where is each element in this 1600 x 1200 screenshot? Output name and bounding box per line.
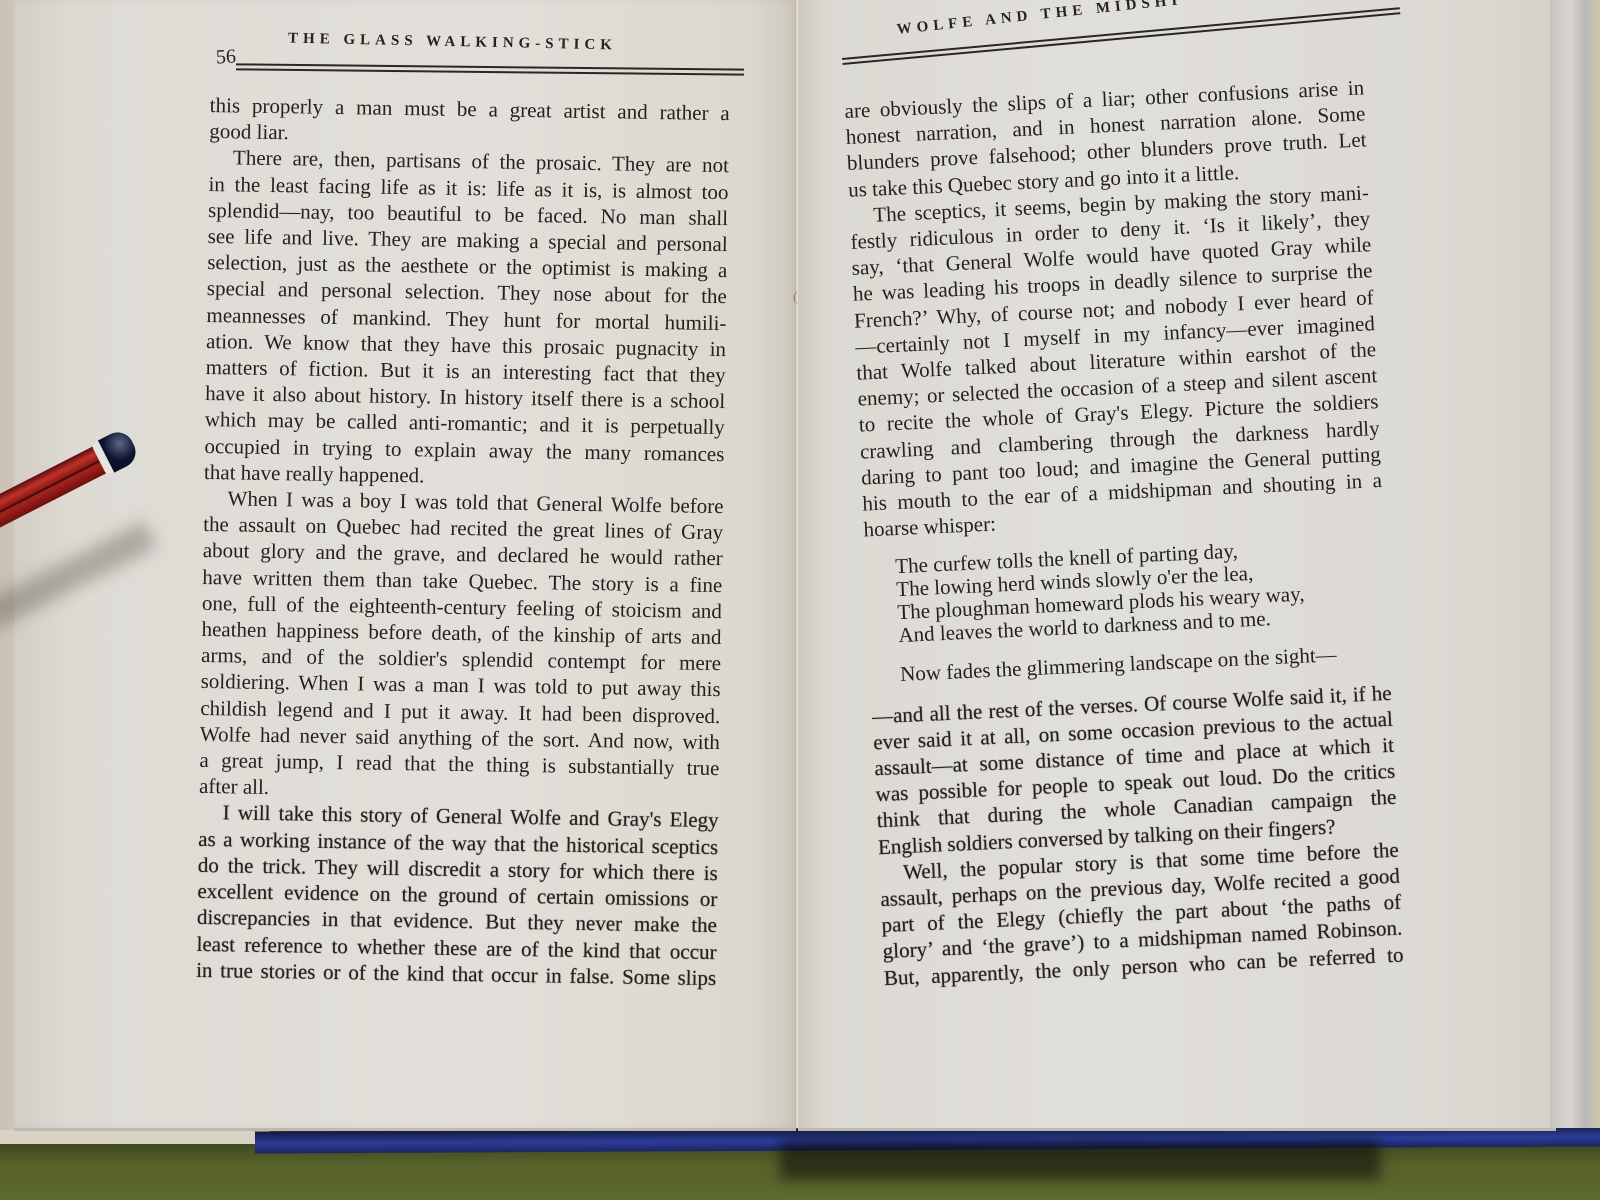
left-page-body: this properly a man must be a great arti… [196,92,730,991]
gutter-mark: ( [793,290,798,306]
running-head-left: THE GLASS WALKING-STICK [288,31,617,55]
page-number: 56 [215,45,236,69]
header-rule-right [842,7,1400,65]
header-rule-left [236,63,744,75]
right-page-edges [1550,0,1600,1128]
cloth-shadow [780,1140,1380,1180]
right-page: WOLFE AND THE MIDSHI are obviously the s… [798,0,1556,1131]
right-page-body: are obviously the slips of a liar; other… [844,74,1404,991]
left-page: 56 THE GLASS WALKING-STICK this properly… [14,0,796,1131]
